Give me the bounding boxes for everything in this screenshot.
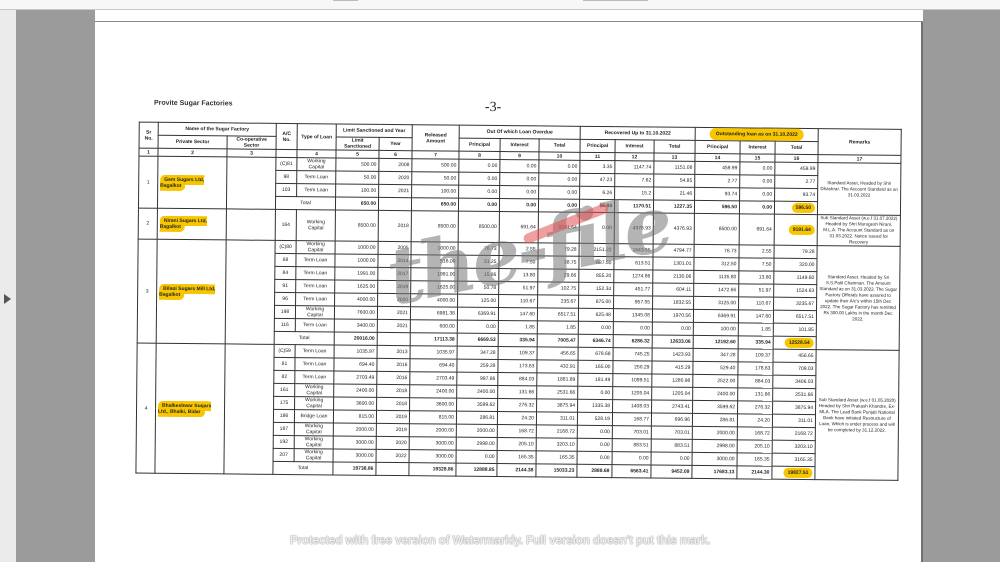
cell-limit: 50.00	[336, 171, 379, 184]
cell-limit: 500.00	[336, 158, 379, 171]
cell-od-i: 0.00	[500, 186, 539, 199]
cell-od-p: 259.28	[457, 359, 498, 372]
cell-out-t: 2531.66	[773, 388, 816, 401]
header-remarks: Remarks	[818, 129, 901, 156]
ac-no: 192	[273, 435, 294, 448]
cell-rec-p: 6.26	[580, 186, 615, 199]
header-coop-sector: Co-operative Sector	[227, 136, 276, 149]
cell-year: 2020	[379, 171, 412, 184]
ac-no: (C)59	[274, 344, 295, 357]
total-year	[376, 462, 409, 475]
loan-type: Working Capital	[296, 210, 335, 241]
cell-released: 8500.00	[411, 211, 458, 242]
ac-no: 116	[274, 318, 295, 331]
cell-od-p: 0.00	[456, 450, 497, 463]
cell-limit: 3600.00	[334, 397, 377, 410]
cell-year: 2022	[376, 449, 409, 462]
remarks: Sub Standard Asset (w.e.f 31.07.2022) He…	[817, 215, 900, 247]
toolbar-tab-indicator[interactable]	[583, 0, 648, 1]
total-year	[377, 332, 410, 345]
loan-type: Working Capital	[297, 158, 336, 171]
cell-od-i: 7.50	[499, 256, 538, 269]
cell-out-t: 459.99	[775, 162, 818, 175]
cell-released: 6981.38	[410, 307, 457, 320]
cell-out-i: 109.37	[738, 349, 773, 362]
cell-od-i: 109.37	[498, 347, 537, 360]
cell-rec-i: 957.55	[614, 296, 653, 309]
cell-out-p: 3125.00	[694, 296, 739, 309]
cell-released: 2400.00	[410, 385, 457, 398]
cell-out-i: 178.63	[738, 362, 773, 375]
cell-out-p: 2998.00	[692, 439, 737, 452]
viewer-toolbar	[0, 0, 1000, 10]
header-type-of-loan: Type of Loan	[297, 124, 336, 150]
cell-out-i: 0.00	[740, 188, 775, 201]
cell-rec-t: 1423.93	[652, 348, 693, 361]
cell-out-p: 3000.00	[692, 452, 737, 465]
cell-out-p: 2.77	[695, 174, 740, 187]
cell-limit: 1991.00	[335, 267, 378, 280]
cell-year: 2017	[378, 267, 411, 280]
cell-out-i: 0.00	[740, 162, 775, 175]
header-od-principal: Principal	[459, 138, 500, 151]
header-limit: Limit Sanctioned	[336, 137, 379, 150]
outstanding-highlight: Outstanding loan as on 31.10.2022	[710, 128, 804, 141]
cell-od-t: 102.75	[538, 282, 579, 295]
cell-out-t: 2168.72	[772, 427, 815, 440]
total-od-i: 2144.38	[497, 464, 536, 477]
cell-rec-i: 168.77	[612, 413, 651, 426]
cell-rec-i: 0.00	[613, 322, 652, 335]
cell-rec-i: 1345.08	[613, 309, 652, 322]
cell-out-p: 347.28	[693, 348, 738, 361]
loan-type: Working Capital	[295, 397, 334, 410]
total-out-p: 596.50	[694, 200, 739, 213]
cell-od-i: 51.97	[499, 282, 538, 295]
cell-limit: 7600.00	[334, 306, 377, 319]
toolbar-tab-indicator[interactable]	[333, 0, 358, 1]
total-od-p: 0.00	[458, 198, 499, 211]
cell-year: 2018	[378, 210, 411, 241]
document-heading: Provite Sugar Factories	[154, 100, 233, 108]
loan-type: Working Capital	[294, 449, 333, 462]
total-od-i: 335.94	[498, 334, 537, 347]
cell-year: 2020	[378, 293, 411, 306]
cell-rec-t: 54.85	[654, 174, 695, 187]
header-rec-total: Total	[654, 140, 695, 153]
loan-type: Term Loan	[297, 184, 336, 197]
cell-rec-t: 1301.01	[653, 257, 694, 270]
coop-sector	[226, 157, 275, 209]
cell-released: 500.00	[412, 159, 459, 172]
total-rec-i: 1170.51	[614, 200, 653, 213]
cell-rec-t: 2743.41	[652, 400, 693, 413]
ac-no: 164	[275, 209, 296, 240]
cell-released: 815.00	[409, 411, 456, 424]
cell-year: 2018	[377, 384, 410, 397]
cell-rec-i: 1099.51	[613, 374, 652, 387]
cell-od-p: 76.73	[458, 242, 499, 255]
sr-no: 1	[138, 156, 157, 208]
cell-rec-t: 2130.06	[653, 270, 694, 283]
total-rec-t: 1227.35	[653, 200, 694, 213]
cell-rec-t: 1205.04	[652, 387, 693, 400]
cell-od-i: 276.32	[498, 399, 537, 412]
cell-limit: 1625.00	[335, 280, 378, 293]
cell-out-i: 13.80	[739, 271, 774, 284]
ac-no: 175	[274, 396, 295, 409]
cell-rec-p: 181.49	[578, 373, 613, 386]
cell-rec-p: 1335.38	[578, 399, 613, 412]
total-out-t: 12528.54	[773, 336, 816, 349]
cell-rec-t: 415.29	[652, 361, 693, 374]
cell-rec-i: 1147.74	[615, 161, 654, 174]
cell-limit: 1000.00	[335, 254, 378, 267]
cell-rec-p: 0.00	[577, 425, 612, 438]
cell-limit: 4000.00	[335, 293, 378, 306]
loan-type: Working Capital	[295, 306, 334, 319]
loan-type: Term Loan	[295, 371, 334, 384]
total-label: Total	[275, 196, 335, 210]
cell-od-p: 0.00	[457, 320, 498, 333]
ac-no: (C)80	[275, 240, 296, 253]
cell-rec-i: 451.77	[614, 283, 653, 296]
cell-od-t: 6517.51	[537, 308, 578, 321]
cell-released: 516.00	[411, 255, 458, 268]
header-rec-interest: Interest	[615, 140, 654, 153]
cell-limit: 1000.00	[335, 241, 378, 254]
total-rec-i: 6563.41	[612, 465, 651, 478]
cell-rec-t: 1280.96	[652, 374, 693, 387]
loan-type: Term Loan	[296, 267, 335, 280]
cell-out-t: 311.01	[772, 414, 815, 427]
cell-out-t: 320.00	[774, 258, 817, 271]
total-out-i: 335.94	[738, 336, 773, 349]
cell-out-i: 2.55	[739, 245, 774, 258]
cell-released: 100.00	[412, 185, 459, 198]
cell-out-t: 1149.60	[774, 271, 817, 284]
cell-rec-i: 250.29	[613, 361, 652, 374]
total-od-p: 12888.85	[456, 463, 497, 476]
page-number: -3-	[485, 100, 501, 116]
cell-rec-p: 2151.22	[579, 243, 614, 256]
cell-od-i: 110.67	[499, 295, 538, 308]
cell-rec-p: 47.23	[580, 173, 615, 186]
cell-released: 3000.00	[409, 450, 456, 463]
loan-type: Working Capital	[294, 436, 333, 449]
ac-no: 207	[273, 448, 294, 461]
cell-out-p: 8500.00	[694, 213, 739, 244]
cell-year: 2019	[378, 280, 411, 293]
cell-year: 2019	[376, 423, 409, 436]
cell-rec-p: 875.00	[579, 295, 614, 308]
cell-od-t: 2531.66	[537, 386, 578, 399]
remarks: Standard Asset. Headed by Sri S.S.Patil …	[816, 246, 900, 351]
cell-od-t: 235.67	[538, 295, 579, 308]
total-released: 650.00	[411, 198, 458, 211]
cell-od-p: 8500.00	[458, 211, 499, 242]
cell-out-t: 101.85	[773, 323, 816, 336]
total-out-p: 12192.60	[693, 335, 738, 348]
cell-rec-p: 855.20	[579, 269, 614, 282]
total-out-i: 0.00	[739, 201, 774, 214]
cell-out-i: 7.50	[739, 258, 774, 271]
cell-limit: 694.40	[334, 358, 377, 371]
triangle-right-icon[interactable]	[4, 294, 11, 304]
cell-released: 1035.97	[410, 346, 457, 359]
header-out-total: Total	[775, 141, 818, 154]
document-page: Provite Sugar Factories -3- Sr No. Name …	[95, 10, 923, 562]
total-rec-p: 6346.74	[578, 334, 613, 347]
cell-rec-p: 3.35	[580, 160, 615, 173]
cell-out-t: 9191.64	[774, 214, 817, 245]
cell-out-i: 0.00	[740, 175, 775, 188]
loan-type: Working Capital	[295, 384, 334, 397]
loan-type: Term Loan	[295, 345, 334, 358]
cell-od-p: 347.28	[457, 346, 498, 359]
cell-od-i: 0.00	[500, 173, 539, 186]
outstanding-total-highlight: 596.50	[792, 203, 815, 213]
cell-od-p: 2400.00	[457, 385, 498, 398]
cell-limit: 100.00	[336, 184, 379, 197]
sr-no: 4	[136, 343, 156, 473]
header-overdue-group: Out Of which Loan Overdue	[459, 125, 580, 139]
cell-rec-t: 696.96	[651, 413, 692, 426]
cell-out-i: 205.10	[737, 440, 772, 453]
cell-out-p: 2400.00	[693, 387, 738, 400]
cell-rec-p: 0.00	[577, 451, 612, 464]
cell-rec-p: 528.19	[577, 412, 612, 425]
total-out-t: 19827.51	[772, 466, 815, 479]
total-rec-t: 9452.09	[651, 465, 692, 478]
cell-out-i: 1.85	[738, 323, 773, 336]
cell-od-i: 884.03	[498, 373, 537, 386]
ac-no: 186	[273, 409, 294, 422]
cell-out-t: 79.28	[774, 245, 817, 258]
cell-od-t: 29.66	[538, 269, 579, 282]
cell-od-t: 3875.94	[537, 399, 578, 412]
cell-released: 2703.49	[410, 372, 457, 385]
cell-out-t: 3406.03	[773, 375, 816, 388]
sr-no: 2	[138, 208, 157, 239]
cell-out-i: 276.32	[738, 401, 773, 414]
total-rec-i: 6286.32	[613, 335, 652, 348]
cell-out-t: 6517.51	[773, 310, 816, 323]
ac-no: 82	[274, 370, 295, 383]
cell-released: 694.40	[410, 359, 457, 372]
cell-released: 2000.00	[409, 424, 456, 437]
cell-rec-t: 1970.56	[652, 309, 693, 322]
cell-limit: 3000.00	[333, 449, 376, 462]
total-released: 17113.38	[410, 333, 457, 346]
cell-od-i: 168.72	[497, 425, 536, 438]
cell-out-t: 2.77	[775, 175, 818, 188]
cell-od-p: 286.81	[456, 411, 497, 424]
cell-od-t: 3203.10	[536, 438, 577, 451]
cell-out-i: 24.20	[737, 414, 772, 427]
ac-no: (C)81	[276, 157, 297, 170]
cell-rec-t: 4376.93	[653, 213, 694, 244]
cell-od-t: 79.28	[538, 243, 579, 256]
factory-name: Nirani Sugars Ltd, Bagalkot	[157, 208, 226, 240]
coop-sector	[225, 240, 275, 344]
header-od-interest: Interest	[500, 139, 539, 152]
cell-out-i: 131.66	[738, 388, 773, 401]
header-out-interest: Interest	[740, 141, 775, 154]
factory-name: Gem Sugars Ltd, Bagalkot	[157, 156, 226, 209]
cell-rec-p: 625.48	[578, 308, 613, 321]
cell-od-t: 2168.72	[536, 425, 577, 438]
cell-rec-t: 883.51	[651, 439, 692, 452]
cell-rec-t: 703.01	[651, 426, 692, 439]
ac-no: 161	[274, 383, 295, 396]
cell-od-p: 50.78	[458, 281, 499, 294]
cell-od-i: 2.55	[499, 243, 538, 256]
cell-limit: 2000.00	[333, 423, 376, 436]
cell-rec-t: 1151.08	[654, 161, 695, 174]
cell-limit: 2400.00	[334, 384, 377, 397]
watermark-notice: Protected with free version of Watermark…	[0, 533, 1000, 547]
cell-rec-i: 1205.04	[613, 387, 652, 400]
cell-out-t: 3165.35	[772, 453, 815, 466]
cell-out-p: 3599.62	[693, 400, 738, 413]
cell-out-t: 93.74	[775, 188, 818, 201]
cell-year: 2020	[376, 436, 409, 449]
cell-out-p: 529.40	[693, 361, 738, 374]
cell-out-p: 6369.91	[693, 309, 738, 322]
cell-od-t: 311.01	[536, 412, 577, 425]
header-year: Year	[379, 137, 412, 150]
cell-rec-p: 0.00	[578, 386, 613, 399]
cell-od-p: 2000.00	[456, 424, 497, 437]
coop-sector	[224, 344, 274, 474]
cell-out-p: 2522.00	[693, 374, 738, 387]
cell-od-p: 0.00	[459, 159, 500, 172]
loan-type: Term Loan	[295, 358, 334, 371]
cell-limit: 8500.00	[335, 210, 378, 241]
cell-released: 1991.00	[411, 268, 458, 281]
ac-no: 68	[275, 253, 296, 266]
cell-year: 2016	[377, 358, 410, 371]
cell-limit: 2703.49	[334, 371, 377, 384]
header-private-sector: Private Sector	[158, 135, 227, 149]
cell-year: 2005	[378, 241, 411, 254]
ac-no: 81	[274, 357, 295, 370]
cell-year: 2013	[377, 345, 410, 358]
total-year	[378, 197, 411, 210]
cell-od-i: 0.00	[500, 160, 539, 173]
cell-od-t: 0.00	[539, 173, 580, 186]
loan-type: Term Loan	[296, 254, 335, 267]
cell-out-i: 168.72	[737, 427, 772, 440]
total-out-t: 596.50	[774, 201, 817, 214]
header-name-group: Name of the Sugar Factory	[158, 122, 276, 136]
cell-year: 2008	[379, 158, 412, 171]
total-label: Total	[273, 461, 333, 475]
cell-released: 1000.00	[411, 242, 458, 255]
cell-od-t: 1881.89	[537, 373, 578, 386]
cell-od-i: 1.85	[498, 321, 537, 334]
ac-no: 91	[275, 279, 296, 292]
factory-name-highlight: Bilagi Sugars Mill Ltd, Bagalkot	[159, 283, 215, 299]
cell-released: 1625.00	[411, 281, 458, 294]
ac-no: 98	[276, 170, 297, 183]
header-sr-no: Sr No.	[139, 122, 158, 148]
factory-name: Bilagi Sugars Mill Ltd, Bagalkot	[156, 239, 226, 344]
outstanding-total-highlight: 19827.51	[784, 468, 813, 478]
cell-out-t: 456.65	[773, 349, 816, 362]
cell-od-p: 2998.00	[456, 437, 497, 450]
cell-limit: 1035.97	[334, 345, 377, 358]
cell-out-p: 2000.00	[692, 426, 737, 439]
cell-od-i: 131.66	[498, 386, 537, 399]
header-limit-group: Limit Sanctioned and Year	[336, 124, 412, 138]
cell-od-p: 6369.91	[457, 307, 498, 320]
cell-rec-i: 4376.93	[614, 213, 653, 244]
loan-type: Term Loan	[296, 280, 335, 293]
cell-rec-t: 604.11	[653, 283, 694, 296]
total-out-i: 2144.30	[737, 466, 772, 479]
cell-rec-p: 0.00	[578, 321, 613, 334]
cell-rec-p: 165.00	[578, 360, 613, 373]
cell-year: 2014	[378, 254, 411, 267]
cell-out-t: 3875.94	[773, 401, 816, 414]
sr-no: 3	[137, 239, 157, 343]
cell-out-t: 3235.67	[774, 297, 817, 310]
factory-name-highlight: Bhalkeshwar Sugars Ltd., Bhalki, Bidar	[158, 400, 211, 416]
cell-rec-t: 0.00	[651, 452, 692, 465]
loan-type: Working Capital	[294, 423, 333, 436]
header-released: Released Amount	[412, 125, 459, 151]
cell-od-t: 432.91	[537, 360, 578, 373]
sidebar-rail	[0, 10, 16, 562]
loan-type: Term Loan	[296, 293, 335, 306]
cell-rec-i: 883.51	[612, 439, 651, 452]
remarks: Sub Standard Asset (w.e.f 01.05.2020) He…	[815, 350, 899, 481]
loan-type: Bridge Loan	[294, 410, 333, 423]
total-limit: 20016.00	[334, 332, 377, 345]
coop-sector	[226, 209, 275, 240]
cell-limit: 3000.00	[333, 436, 376, 449]
cell-od-i: 165.35	[497, 451, 536, 464]
cell-out-p: 76.73	[694, 244, 739, 257]
cell-out-i: 691.64	[739, 214, 774, 245]
cell-limit: 815.00	[333, 410, 376, 423]
total-od-i: 0.00	[499, 199, 538, 212]
cell-out-p: 1472.66	[694, 283, 739, 296]
remarks: Standard Asset, Headed by Shri Dhashrar.…	[817, 163, 900, 216]
cell-out-p: 286.81	[692, 413, 737, 426]
cell-released: 3600.00	[410, 398, 457, 411]
cell-out-t: 709.03	[773, 362, 816, 375]
cell-od-t: 1.85	[537, 321, 578, 334]
header-out-principal: Principal	[695, 140, 740, 153]
cell-od-p: 997.86	[457, 372, 498, 385]
factory-name-highlight: Nirani Sugars Ltd, Bagalkot	[160, 216, 207, 232]
cell-year: 2016	[377, 371, 410, 384]
total-limit: 650.00	[335, 197, 378, 210]
cell-od-p: 3599.62	[457, 398, 498, 411]
column-number	[276, 149, 297, 157]
cell-od-t: 456.65	[537, 347, 578, 360]
total-od-t: 7005.47	[537, 334, 578, 347]
cell-rec-i: 703.01	[612, 426, 651, 439]
ac-no: 96	[275, 292, 296, 305]
cell-od-p: 0.00	[459, 172, 500, 185]
factory-name: Bhalkeshwar Sugars Ltd., Bhalki, Bidar	[155, 343, 225, 474]
cell-out-t: 1524.63	[774, 284, 817, 297]
cell-od-i: 13.80	[499, 269, 538, 282]
